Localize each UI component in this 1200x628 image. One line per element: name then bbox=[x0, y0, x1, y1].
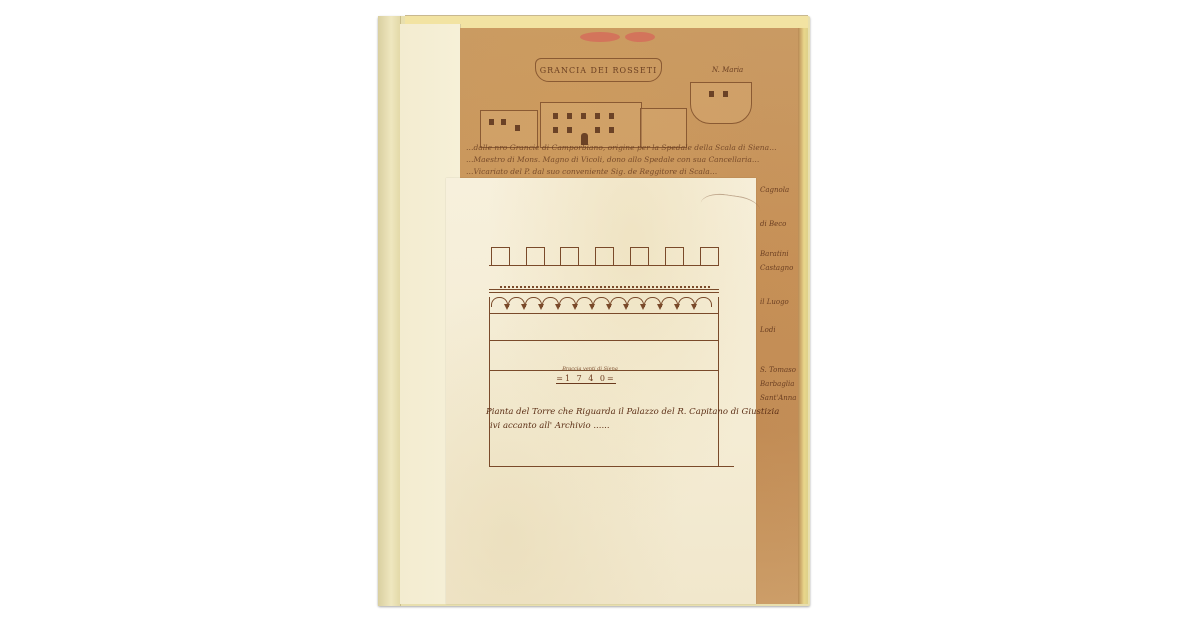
red-seal-decoration bbox=[625, 32, 655, 42]
parchment-side-text: il Luogo bbox=[760, 298, 802, 306]
drawing-caption-line-2: ivi accanto all' Archivio ...... bbox=[490, 421, 610, 431]
parchment-side-text: Baratini bbox=[760, 250, 802, 258]
parchment-side-text: Sant'Anna bbox=[760, 394, 802, 402]
parchment-side-text: Castagno bbox=[760, 264, 802, 272]
parchment-text-line: …dalle nro Grancie di Camporbiano, origi… bbox=[466, 143, 804, 152]
folder-spine bbox=[378, 16, 401, 606]
parchment-side-text: Barbaglia bbox=[760, 380, 802, 388]
banner-title: GRANCIA DEI ROSSETI bbox=[540, 66, 658, 75]
drawing-sheet bbox=[446, 178, 756, 604]
estate-banner: GRANCIA DEI ROSSETI bbox=[535, 58, 662, 82]
parchment-side-text: S. Tomaso bbox=[760, 366, 802, 374]
scale-label: Braccia venti di Siena bbox=[560, 366, 620, 372]
scale-year-value: =1 7 4 0= bbox=[556, 374, 616, 384]
parchment-side-text: Cagnola bbox=[760, 186, 802, 194]
parchment-text-line: …Maestro di Mons. Magno di Vicoli, dono … bbox=[466, 155, 804, 164]
parchment-right-edge bbox=[798, 28, 808, 604]
drawing-caption-line-1: Pianta del Torre che Riguarda il Palazzo… bbox=[486, 407, 716, 417]
red-seal-decoration bbox=[580, 32, 620, 42]
parchment-side-text: Lodi bbox=[760, 326, 802, 334]
parchment-text-line: …Vicariato del P. dal suo conveniente Si… bbox=[466, 167, 804, 176]
parchment-side-text: di Beco bbox=[760, 220, 802, 228]
label-top-right: N. Maria bbox=[712, 66, 743, 74]
